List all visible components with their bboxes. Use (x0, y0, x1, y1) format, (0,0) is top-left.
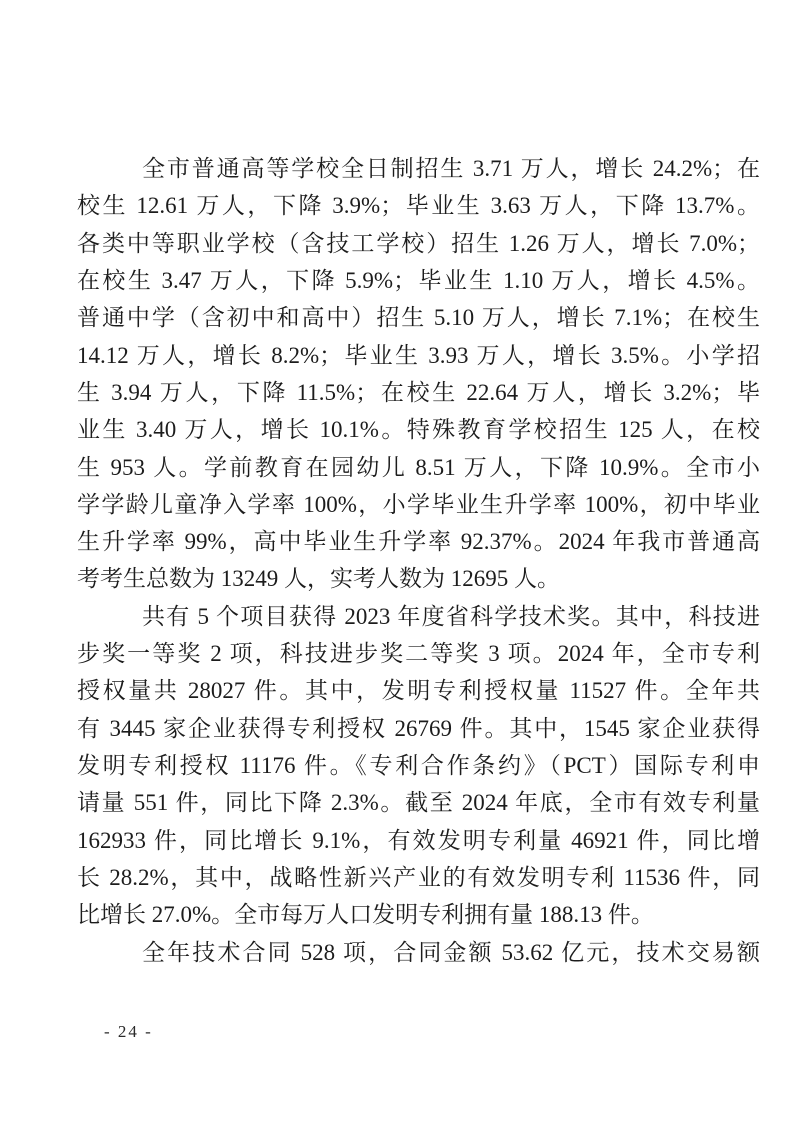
text-line: 14.12 万人，增长 8.2%；毕业生 3.93 万人，增长 3.5%。小学招 (77, 337, 760, 374)
text-line: 162933 件，同比增长 9.1%，有效发明专利量 46921 件，同比增 (77, 822, 760, 859)
text-line: 共有 5 个项目获得 2023 年度省科学技术奖。其中，科技进 (77, 598, 760, 635)
text-line: 全年技术合同 528 项，合同金额 53.62 亿元，技术交易额 (77, 934, 760, 971)
text-line: 生 953 人。学前教育在园幼儿 8.51 万人，下降 10.9%。全市小 (77, 449, 760, 486)
text-line: 考考生总数为 13249 人，实考人数为 12695 人。 (77, 560, 760, 597)
text-line: 步奖一等奖 2 项，科技进步奖二等奖 3 项。2024 年，全市专利 (77, 635, 760, 672)
text-line: 在校生 3.47 万人，下降 5.9%；毕业生 1.10 万人，增长 4.5%。 (77, 262, 760, 299)
text-line: 各类中等职业学校（含技工学校）招生 1.26 万人，增长 7.0%； (77, 225, 760, 262)
text-line: 全市普通高等学校全日制招生 3.71 万人，增长 24.2%；在 (77, 150, 760, 187)
text-line: 授权量共 28027 件。其中，发明专利授权量 11527 件。全年共 (77, 672, 760, 709)
body-text: 全市普通高等学校全日制招生 3.71 万人，增长 24.2%；在 校生 12.6… (77, 150, 760, 971)
text-line: 校生 12.61 万人，下降 3.9%；毕业生 3.63 万人，下降 13.7%… (77, 187, 760, 224)
text-line: 有 3445 家企业获得专利授权 26769 件。其中，1545 家企业获得 (77, 710, 760, 747)
text-line: 生 3.94 万人，下降 11.5%；在校生 22.64 万人，增长 3.2%；… (77, 374, 760, 411)
page-number: - 24 - (104, 1022, 153, 1042)
document-page: 全市普通高等学校全日制招生 3.71 万人，增长 24.2%；在 校生 12.6… (0, 0, 794, 1123)
text-line: 普通中学（含初中和高中）招生 5.10 万人，增长 7.1%；在校生 (77, 299, 760, 336)
text-line: 长 28.2%，其中，战略性新兴产业的有效发明专利 11536 件，同 (77, 859, 760, 896)
text-line: 生升学率 99%，高中毕业生升学率 92.37%。2024 年我市普通高 (77, 523, 760, 560)
text-line: 发明专利授权 11176 件。《专利合作条约》（PCT）国际专利申 (77, 747, 760, 784)
text-line: 请量 551 件，同比下降 2.3%。截至 2024 年底，全市有效专利量 (77, 784, 760, 821)
text-line: 业生 3.40 万人，增长 10.1%。特殊教育学校招生 125 人，在校 (77, 411, 760, 448)
text-line: 比增长 27.0%。全市每万人口发明专利拥有量 188.13 件。 (77, 896, 760, 933)
text-line: 学学龄儿童净入学率 100%，小学毕业生升学率 100%，初中毕业 (77, 486, 760, 523)
